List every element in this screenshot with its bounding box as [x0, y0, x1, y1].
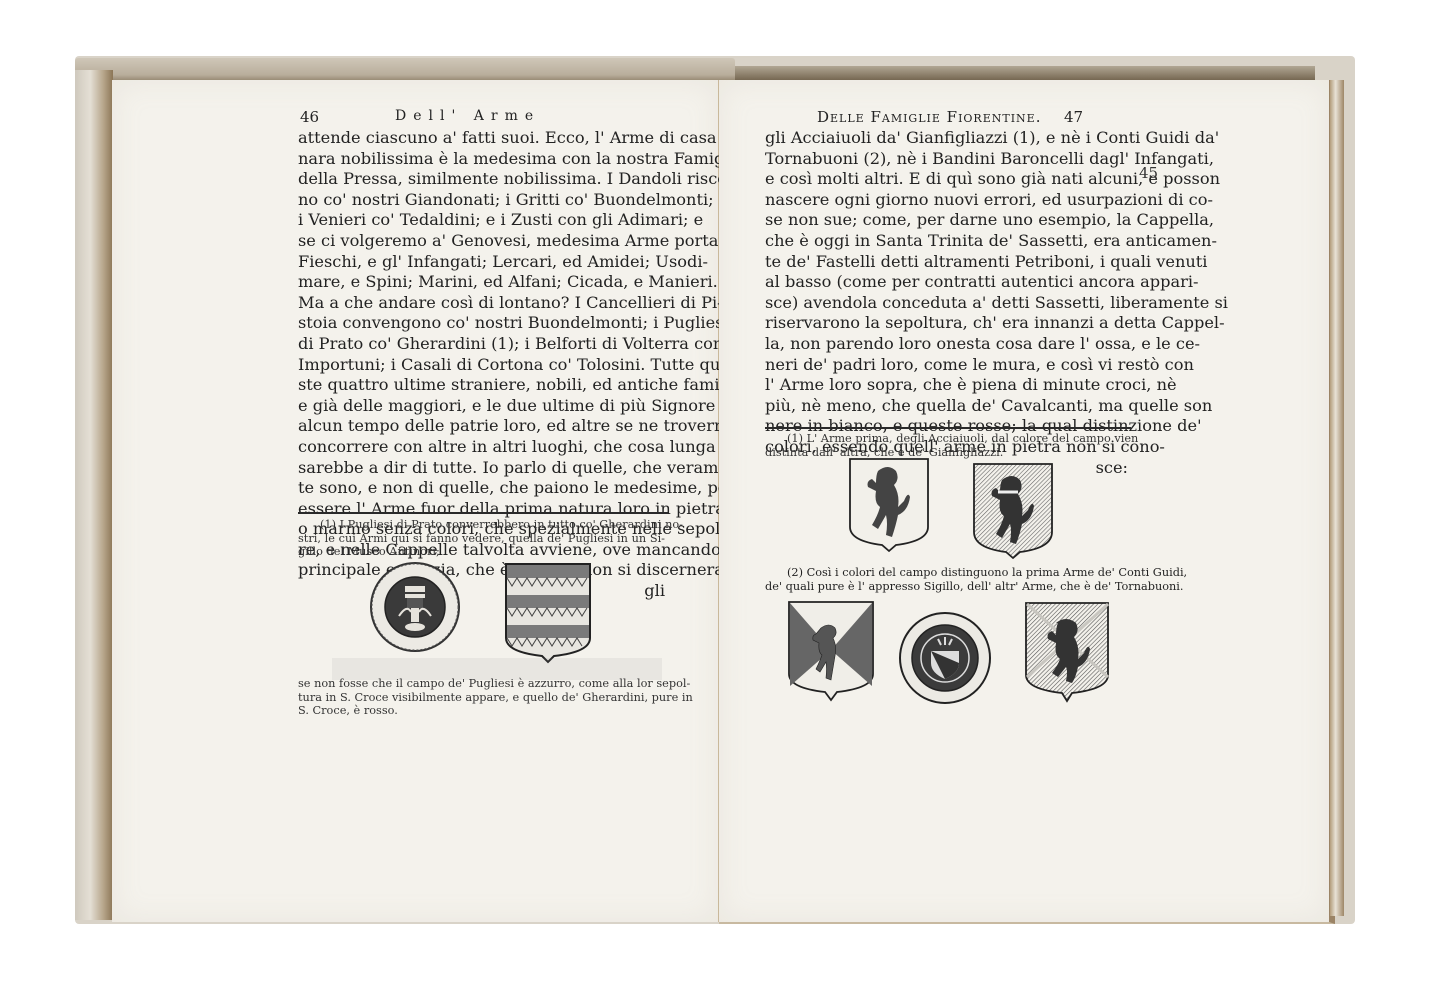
right-page-number: 47	[1064, 108, 1083, 126]
footnote-line: (1) I Pugliesi di Prato converrebbero in…	[298, 518, 665, 532]
text-line: sce) avendola conceduta a' detti Sassett…	[765, 293, 1128, 314]
text-line: gli Acciaiuoli da' Gianfigliazzi (1), e …	[765, 128, 1128, 149]
text-line: mare, e Spini; Marini, ed Alfani; Cicada…	[298, 272, 665, 293]
shield-tornabuoni-icon	[1024, 601, 1110, 703]
text-line: riservarono la sepoltura, ch' era innanz…	[765, 313, 1128, 334]
right-footnote-2: (2) Così i colori del campo distinguono …	[765, 566, 1135, 593]
left-footnote-1: (1) I Pugliesi di Prato converrebbero in…	[298, 518, 665, 559]
margin-number: 45	[1139, 164, 1158, 182]
footnote-line: (2) Così i colori del campo distinguono …	[765, 566, 1135, 580]
seal-pugliesi-icon	[369, 561, 461, 653]
footnote-line: gillo del Museo Antinori;	[298, 545, 665, 559]
footnote-line: se non fosse che il campo de' Pugliesi è…	[298, 677, 665, 691]
cover-left-edge	[75, 70, 113, 920]
text-line: se non sue; come, per darne uno esempio,…	[765, 210, 1128, 231]
text-line: se ci volgeremo a' Genovesi, medesima Ar…	[298, 231, 665, 252]
text-line: che è oggi in Santa Trinita de' Sassetti…	[765, 231, 1128, 252]
text-line-last: sce:	[765, 458, 1128, 479]
text-line: Ma a che andare così di lontano? I Cance…	[298, 293, 665, 314]
text-line: attende ciascuno a' fatti suoi. Ecco, l'…	[298, 128, 665, 149]
text-line: essere l' Arme fuor della prima natura l…	[298, 499, 665, 520]
left-footnote-1-continued: se non fosse che il campo de' Pugliesi è…	[298, 677, 665, 718]
right-footnote-1: (1) L' Arme prima, degli Acciaiuoli, dal…	[765, 432, 1128, 459]
text-line: concorrere con altre in altri luoghi, ch…	[298, 437, 665, 458]
text-line: Tornabuoni (2), nè i Bandini Baroncelli …	[765, 149, 1128, 170]
text-line: principale essenzia, che è i colori, non…	[298, 560, 665, 581]
text-line: più, nè meno, che quella de' Cavalcanti,…	[765, 396, 1128, 417]
footnote-rule	[298, 512, 668, 514]
left-running-title: Dell' Arme	[395, 108, 540, 124]
text-line: te sono, e non di quelle, che paiono le …	[298, 478, 665, 499]
text-line: neri de' padri loro, come le mura, e cos…	[765, 355, 1128, 376]
left-page-number: 46	[300, 108, 319, 126]
footnote-line: S. Croce, è rosso.	[298, 704, 665, 718]
footnote-line: stri, le cui Armi quì si fanno vedere, q…	[298, 532, 665, 546]
text-line: la, non parendo loro onesta cosa dare l'…	[765, 334, 1128, 355]
left-page: 46 Dell' Arme attende ciascuno a' fatti …	[112, 80, 719, 922]
footnote-line: de' quali pure è l' appresso Sigillo, de…	[765, 580, 1135, 594]
shield-gherardini-icon	[504, 562, 592, 664]
text-line: Importuni; i Casali di Cortona co' Tolos…	[298, 355, 665, 376]
text-line: e così molti altri. E di quì sono già na…	[765, 169, 1128, 190]
text-line: sarebbe a dir di tutte. Io parlo di quel…	[298, 458, 665, 479]
text-line: e già delle maggiori, e le due ultime di…	[298, 396, 665, 417]
text-line: al basso (come per contratti autentici a…	[765, 272, 1128, 293]
text-line: della Pressa, similmente nobilissima. I …	[298, 169, 665, 190]
text-line: ste quattro ultime straniere, nobili, ed…	[298, 375, 665, 396]
text-line: di Prato co' Gherardini (1); i Belforti …	[298, 334, 665, 355]
footnote-line: distinta dall' altra, che è de' Gianfigl…	[765, 446, 1128, 460]
text-line: no co' nostri Giandonati; i Gritti co' B…	[298, 190, 665, 211]
right-body-text: gli Acciaiuoli da' Gianfigliazzi (1), e …	[765, 128, 1128, 478]
catchword: gli	[298, 581, 665, 602]
footnote-line: (1) L' Arme prima, degli Acciaiuoli, dal…	[765, 432, 1128, 446]
text-line: i Venieri co' Tedaldini; e i Zusti con g…	[298, 210, 665, 231]
shield-conti-guidi-icon	[787, 600, 875, 702]
text-line: te de' Fastelli detti altramenti Petribo…	[765, 252, 1128, 273]
text-line: Fieschi, e gl' Infangati; Lercari, ed Am…	[298, 252, 665, 273]
right-page: Delle Famiglie Fiorentine. 47 gli Acciai…	[719, 80, 1335, 924]
text-line: stoia convengono co' nostri Buondelmonti…	[298, 313, 665, 334]
text-line: nascere ogni giorno nuovi errori, ed usu…	[765, 190, 1128, 211]
footnote-line: tura in S. Croce visibilmente appare, e …	[298, 691, 665, 705]
page-edges-right	[1330, 80, 1344, 916]
footnote-rule	[765, 427, 1131, 429]
text-line: alcun tempo delle patrie loro, ed altre …	[298, 416, 665, 437]
shield-acciaiuoli-icon	[848, 457, 930, 553]
shield-gianfigliazzi-icon	[972, 462, 1054, 560]
cover-top-edge-left	[75, 58, 735, 82]
right-running-title: Delle Famiglie Fiorentine.	[817, 108, 1041, 126]
text-line: l' Arme loro sopra, che è piena di minut…	[765, 375, 1128, 396]
seal-conti-guidi-icon	[898, 611, 992, 705]
text-line: nara nobilissima è la medesima con la no…	[298, 149, 665, 170]
